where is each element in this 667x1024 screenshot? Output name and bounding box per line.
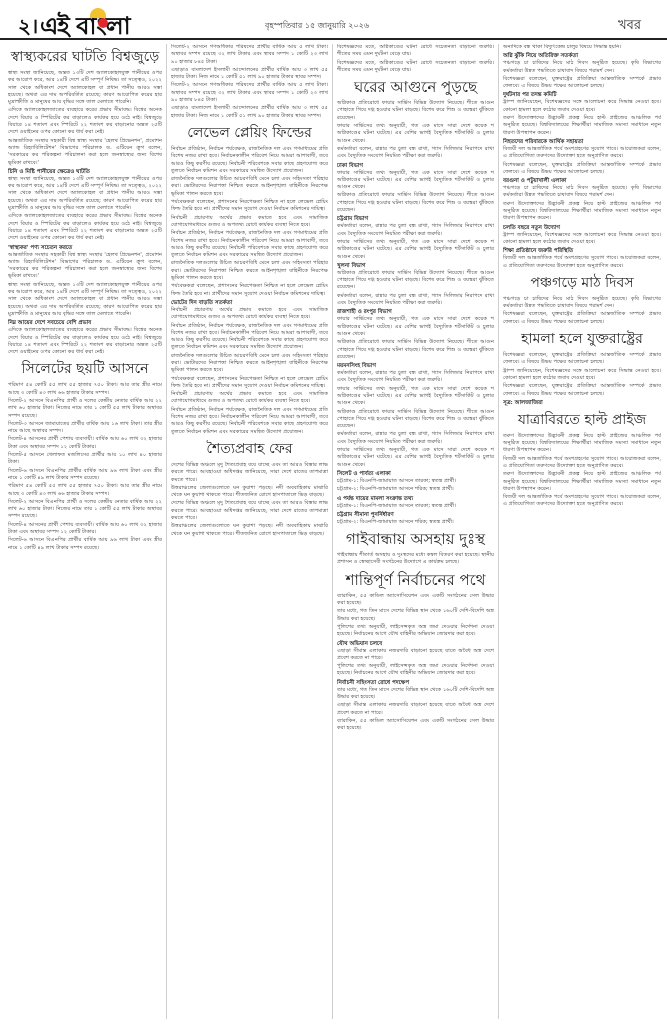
paragraph: নির্বাচনী প্রচারণায় অর্থের প্রভাব কমাতে…	[171, 215, 328, 230]
paragraph: বিশেষজ্ঞরা বলেছেন, যুক্তরাষ্ট্রের প্রতিক…	[503, 76, 661, 91]
headline: পঞ্চগড়ে মাঠ দিবস	[503, 274, 661, 292]
paragraph: কর্মকর্তারা বলেন, রান্নার পর চুলা বন্ধ র…	[337, 146, 494, 161]
paragraph: নির্বাচন প্রতিষ্ঠান, নির্বাচন পর্যবেক্ষক…	[171, 146, 328, 175]
subheading: খুলনা বিভাগ	[337, 263, 494, 270]
paragraph: দেশের বিভিন্ন অঞ্চলে মৃদু শৈত্যপ্রবাহ বয…	[171, 462, 328, 484]
paragraph: পরিমাণ ৫৪ কোটি ৫৫ লাখ ৫৫ হাজার ৭৫০ টাকা।…	[8, 483, 162, 498]
paragraph: ট্রাম্প জানিয়েছেন, বিশেষজ্ঞদের সঙ্গে আল…	[503, 232, 661, 247]
paragraph: তরুণ উদ্যোক্তাদের উদ্ভাবনী প্রকল্প নিয়ে…	[503, 433, 661, 455]
paragraph: ফায়ার সার্ভিসের তথ্য অনুযায়ী, গত এক মা…	[337, 170, 494, 192]
paragraph: অগ্নিকাণ্ড প্রতিরোধে ফায়ার সার্ভিস বিভি…	[337, 409, 494, 431]
paragraph: পঞ্চগড়ে চা চাষিদের নিয়ে মাঠ দিবস অনুষ্…	[503, 185, 661, 200]
subheading: সিলেট ও পার্বত্য এলাকা	[337, 471, 494, 478]
paragraph: স্বাস্থ্য সংস্থা জানিয়েছে, অন্তত ১৩টি দ…	[8, 176, 162, 212]
headline: সিলেটের ছয়টি আসনে	[8, 360, 162, 378]
paragraph: ফায়ার সার্ভিসের তথ্য অনুযায়ী, গত এক মা…	[337, 447, 494, 469]
paragraph: স্বাস্থ্য সংস্থা জানিয়েছে, অন্তত ১৩টি দ…	[8, 282, 162, 318]
subheading: যৌথ অভিযান চলবে	[337, 641, 494, 648]
paragraph: পর্যবেক্ষকরা বলেছেন, প্রশাসনের নিরপেক্ষত…	[171, 199, 328, 214]
subheading: চিনি ও মিষ্টি পানীয়ের ক্ষেত্রেও ঘাটতি	[8, 169, 162, 176]
newspaper-logo: এই বাংলা	[40, 8, 130, 48]
paragraph: এদিকে অ্যালকোহলজাতের ব্যবহারে করের প্রভা…	[8, 327, 162, 356]
article-house-fire: ঘরের আগুনে পুড়ছে অগ্নিকাণ্ড প্রতিরোধে ফ…	[337, 78, 494, 469]
article-cold-wave: শৈত্যপ্রবাহ ফের দেশের বিভিন্ন অঞ্চলে মৃদ…	[171, 440, 328, 538]
paragraph: গাইবান্ধায় শীতার্ত অসহায় ও দুঃস্থদের ম…	[337, 552, 494, 567]
paragraph: আন্তর্জাতিক সংস্থার সহকারী বিশ্ব স্বাস্থ…	[8, 252, 162, 281]
article-continuation: বিশেষজ্ঞদের মতে, অগ্নিকাণ্ডের ঘটনা রোধে …	[337, 44, 494, 74]
paragraph: ফায়ার সার্ভিসের তথ্য অনুযায়ী, গত এক মা…	[337, 239, 494, 261]
headline: শৈত্যপ্রবাহ ফের	[171, 440, 328, 458]
subheading: নির্বাচনী সহিংসতা রোধে পদক্ষেপ	[337, 680, 494, 687]
headline: লেভেল প্লেয়িং ফিল্ডের	[171, 124, 328, 142]
masthead: ২। এই বাংলা বৃহস্পতিবার ১৫ জানুয়ারি ২০২…	[0, 0, 667, 40]
paragraph: ব্যারাকিন, ৫৫ কাডিল অ্যাসোসিয়েশন এবং এক…	[337, 593, 494, 608]
paragraph: তরুণ উদ্যোক্তাদের উদ্ভাবনী প্রকল্প নিয়ে…	[503, 115, 661, 137]
column-divider	[166, 44, 167, 1019]
article-hult-prize: যাত্রাবিরতে হাল্ট প্রাইজ তরুণ উদ্যোক্তাদ…	[503, 411, 661, 509]
paragraph: রাজনৈতিক দলগুলোর উচিত আচরণবিধি মেনে চলা …	[171, 260, 328, 282]
paragraph: পর্যবেক্ষকরা বলেছেন, প্রশাসনের নিরপেক্ষত…	[171, 283, 328, 298]
paragraph: চট্টগ্রাম-২: বিএনপি-জামায়াত আসনে শরিক; …	[337, 519, 494, 526]
subheading: ভোটের দিন বাড়তি সতর্কতা	[171, 300, 328, 307]
subheading: নিহতদের পরিবারকে আর্থিক সহায়তা	[503, 139, 661, 146]
paragraph: ফায়ার সার্ভিসের তথ্য অনুযায়ী, গত এক মা…	[337, 316, 494, 338]
subheading: 'স্বাস্থ্যকর' পণ্য সচেতন করতে	[8, 245, 162, 252]
paragraph: কর্মকর্তারা বলেন, রান্নার পর চুলা বন্ধ র…	[337, 370, 494, 385]
article-health-tax: স্বাস্থ্যকরের ঘাটতি বিশ্বজুড়ে স্বাস্থ্য…	[8, 48, 162, 356]
subheading: চলতি বছরে নতুন উদ্যোগ	[503, 225, 661, 232]
paragraph: নির্বাচন প্রতিষ্ঠান, নির্বাচন পর্যবেক্ষক…	[171, 407, 328, 436]
paragraph: বিশেষজ্ঞরা বলেছেন, যুক্তরাষ্ট্রের প্রতিক…	[503, 352, 661, 367]
paragraph: চট্টগ্রাম-২: বিএনপি-জামায়াত আসনে শরিক; …	[337, 486, 494, 493]
paragraph: নির্বাচন প্রতিষ্ঠান, নির্বাচন পর্যবেক্ষক…	[171, 323, 328, 352]
column-divider	[498, 44, 499, 1019]
column-1: স্বাস্থ্যকরের ঘাটতি বিশ্বজুড়ে স্বাস্থ্য…	[8, 44, 162, 1019]
paragraph: অন্যদিকে বন্ধ থাকা বিদ্যুৎকেন্দ্র চালুর …	[503, 44, 661, 51]
paragraph: পুলিশের তথ্য অনুযায়ী, লাইসেন্সকৃত অস্ত্…	[337, 624, 494, 639]
paragraph: সিলেট-৪ আসনের প্রার্থী পেশায় ব্যবসায়ী।…	[8, 436, 162, 451]
headline: স্বাস্থ্যকরের ঘাটতি বিশ্বজুড়ে	[8, 48, 162, 66]
paragraph: পরিমাণ ৫৪ কোটি ৫৫ লাখ ৫৫ হাজার ৭৫০ টাকা।…	[8, 382, 162, 397]
paragraph: সিলেট-৬ আসনে বিএনপির প্রার্থীর বার্ষিক আ…	[8, 468, 162, 483]
paragraph: পুলিশের তথ্য অনুযায়ী, লাইসেন্সকৃত অস্ত্…	[337, 663, 494, 678]
paragraph: অগ্নিকাণ্ড প্রতিরোধে ফায়ার সার্ভিস বিভি…	[337, 339, 494, 361]
paragraph: রাজনৈতিক দলগুলোর উচিত আচরণবিধি মেনে চলা …	[171, 176, 328, 198]
paragraph: বিশেষজ্ঞরা বলেছেন, যুক্তরাষ্ট্রের প্রতিক…	[503, 311, 661, 326]
headline: গাইবান্ধায় অসহায় দুঃস্থ	[337, 530, 494, 548]
subheading: এ পর্যন্ত দায়ের মামলা সংক্রান্ত তথ্য	[337, 496, 494, 503]
paragraph: সিলেট-৪ আসনের প্রার্থী পেশায় ব্যবসায়ী।…	[8, 522, 162, 537]
paragraph: বিজয়ী দল আন্তর্জাতিক পর্বে অংশগ্রহণের স…	[503, 146, 661, 161]
article-us-attack: হামলা হলে যুক্তরাষ্ট্রের বিশেষজ্ঞরা বলেছ…	[503, 330, 661, 407]
paragraph: এছাড়া সীমান্ত এলাকায় নজরদারি বাড়ানো হ…	[337, 648, 494, 663]
headline: শান্তিপূর্ণ নির্বাচনের পথে	[337, 571, 494, 589]
paragraph: এছাড়া সীমান্ত এলাকায় নজরদারি বাড়ানো হ…	[337, 702, 494, 717]
paragraph: পর্যবেক্ষকরা বলেছেন, প্রশাসনের নিরপেক্ষত…	[171, 376, 328, 391]
paragraph: বিশেষজ্ঞদের মতে, অগ্নিকাণ্ডের ঘটনা রোধে …	[337, 44, 494, 59]
paragraph: ফায়ার সার্ভিসের তথ্য অনুযায়ী, গত এক মা…	[337, 386, 494, 408]
paragraph: এদিকে অ্যালকোহলজাতের ব্যবহারে করের প্রভা…	[8, 213, 162, 242]
paragraph: তার মধ্যে, গত তিন মাসে দেশের বিভিন্ন স্থ…	[337, 608, 494, 623]
paragraph: রাজনৈতিক দলগুলোর উচিত আচরণবিধি মেনে চলা …	[171, 353, 328, 375]
paragraph: সিলেট-৩ আসনে জামায়াতের প্রার্থীর বার্ষি…	[8, 421, 162, 436]
paragraph: বিশেষজ্ঞদের মতে, অগ্নিকাণ্ডের ঘটনা রোধে …	[337, 60, 494, 75]
paragraph: কর্মকর্তারা বলেন, রান্নার পর চুলা বন্ধ র…	[337, 293, 494, 308]
paragraph: সিলেট-২ আসনে গণঅধিকার পরিষদের প্রার্থীর …	[171, 44, 328, 66]
paragraph: চট্টগ্রাম-১: বিএনপি-জামায়াত আসনে তারকা;…	[337, 503, 494, 510]
paragraph: এছাড়াও বাংলাদেশ ইসলামী আন্দোলনের প্রার্…	[171, 105, 328, 120]
column-2: সিলেট-২ আসনে গণঅধিকার পরিষদের প্রার্থীর …	[171, 44, 328, 1019]
dateline: বৃহস্পতিবার ১৫ জানুয়ারি ২০২৬	[265, 20, 369, 33]
paragraph: আন্তর্জাতিক সংস্থার সহকারী বিশ্ব স্বাস্থ…	[8, 138, 162, 167]
paragraph: নির্বাচনী প্রচারণায় অর্থের প্রভাব কমাতে…	[171, 307, 328, 322]
paragraph: ট্রাম্প জানিয়েছেন, বিশেষজ্ঞদের সঙ্গে আল…	[503, 368, 661, 383]
paragraph: ব্যারাকিন, ৫৫ কাডিল অ্যাসোসিয়েশন এবং এক…	[337, 718, 494, 733]
paragraph: কর্মকর্তারা বলেন, রান্নার পর চুলা বন্ধ র…	[337, 223, 494, 238]
paragraph: বিশেষজ্ঞরা বলেছেন, যুক্তরাষ্ট্রের প্রতিক…	[503, 383, 661, 398]
paragraph: পঞ্চগড়ে চা চাষিদের নিয়ে মাঠ দিবস অনুষ্…	[503, 296, 661, 311]
column-4: অন্যদিকে বন্ধ থাকা বিদ্যুৎকেন্দ্র চালুর …	[503, 44, 661, 1019]
column-divider	[332, 44, 333, 1019]
paragraph: ট্রাম্প জানিয়েছেন, বিশেষজ্ঞদের সঙ্গে আল…	[503, 99, 661, 114]
paragraph: সিলেট-২ আসনে বিএনপির প্রার্থী ও দলের কেন…	[8, 499, 162, 521]
logo-sun-icon	[90, 8, 106, 18]
paragraph: সিলেট-২ আসনে বিএনপির প্রার্থী ও দলের কেন…	[8, 398, 162, 420]
article-level-playing-field: লেভেল প্লেয়িং ফিল্ডের নির্বাচন প্রতিষ্ঠ…	[171, 124, 328, 436]
paragraph: উত্তরাঞ্চলের জেলাগুলোতে ঘন কুয়াশা পড়ছে…	[171, 523, 328, 538]
paragraph: সিলেট-৬ আসনে বিএনপির প্রার্থীর বার্ষিক আ…	[8, 537, 162, 552]
subheading: চট্টগ্রাম সীমানা পুনর্নির্ধারণ	[337, 512, 494, 519]
paragraph: বিজয়ী দল আন্তর্জাতিক পর্বে অংশগ্রহণের স…	[503, 494, 661, 509]
paragraph: তরুণ উদ্যোক্তাদের উদ্ভাবনী প্রকল্প নিয়ে…	[503, 201, 661, 223]
paragraph: অগ্নিকাণ্ড প্রতিরোধে ফায়ার সার্ভিস বিভি…	[337, 100, 494, 122]
paragraph: এছাড়াও বাংলাদেশ ইসলামী আন্দোলনের প্রার্…	[171, 67, 328, 82]
subheading: ঢাকা বিভাগ	[337, 163, 494, 170]
page-number: ২।	[18, 12, 38, 45]
paragraph: সিলেট-২ আসনে গণঅধিকার পরিষদের প্রার্থীর …	[171, 82, 328, 104]
paragraph: চট্টগ্রাম-১: বিএনপি-জামায়াত আসনে তারকা;…	[337, 478, 494, 485]
headline: যাত্রাবিরতে হাল্ট প্রাইজ	[503, 411, 661, 429]
source-credit: সূত্র: আলজাজিরা	[503, 400, 661, 407]
paragraph: উত্তরাঞ্চলের জেলাগুলোতে ঘন কুয়াশা পড়ছে…	[171, 485, 328, 500]
paragraph: ফায়ার সার্ভিসের তথ্য অনুযায়ী, গত এক মা…	[337, 123, 494, 145]
article-group-elections: সিলেট ও পার্বত্য এলাকাচট্টগ্রাম-১: বিএনপ…	[337, 471, 494, 733]
article-continuation: সিলেট-২ আসনে গণঅধিকার পরিষদের প্রার্থীর …	[171, 44, 328, 120]
headline: হামলা হলে যুক্তরাষ্ট্রের	[503, 330, 661, 348]
paragraph: বিজয়ী দল আন্তর্জাতিক পর্বে অংশগ্রহণের স…	[503, 255, 661, 270]
logo-dot-icon	[98, 18, 108, 28]
paragraph: নির্বাচনী প্রচারণায় অর্থের প্রভাব কমাতে…	[171, 391, 328, 406]
paragraph: নির্বাচন প্রতিষ্ঠান, নির্বাচন পর্যবেক্ষক…	[171, 230, 328, 259]
paragraph: অগ্নিকাণ্ড প্রতিরোধে ফায়ার সার্ভিস বিভি…	[337, 270, 494, 292]
article-sylhet: সিলেটের ছয়টি আসনে পরিমাণ ৫৪ কোটি ৫৫ লাখ…	[8, 360, 162, 552]
paragraph: এদিকে অ্যালকোহলজাতের ব্যবহারে করের প্রভা…	[8, 107, 162, 136]
paragraph: বিজয়ী দল আন্তর্জাতিক পর্বে অংশগ্রহণের স…	[503, 456, 661, 471]
article-panchagarh: পঞ্চগড়ে মাঠ দিবস পঞ্চগড়ে চা চাষিদের নি…	[503, 274, 661, 326]
article-continuation: অন্যদিকে বন্ধ থাকা বিদ্যুৎকেন্দ্র চালুর …	[503, 44, 661, 270]
paragraph: কর্মকর্তারা বলেন, রান্নার পর চুলা বন্ধ র…	[337, 431, 494, 446]
paragraph: স্বাস্থ্য সংস্থা জানিয়েছে, অন্তত ১৩টি দ…	[8, 70, 162, 106]
headline: ঘরের আগুনে পুড়ছে	[337, 78, 494, 96]
paragraph: তার মধ্যে, গত তিন মাসে দেশের বিভিন্ন স্থ…	[337, 687, 494, 702]
paragraph: দেশের বিভিন্ন অঞ্চলে মৃদু শৈত্যপ্রবাহ বয…	[171, 500, 328, 522]
paragraph: বিশেষজ্ঞরা বলেছেন, যুক্তরাষ্ট্রের প্রতিক…	[503, 162, 661, 177]
paragraph: পঞ্চগড়ে চা চাষিদের নিয়ে মাঠ দিবস অনুষ্…	[503, 60, 661, 75]
section-title: খবর	[618, 16, 641, 37]
paragraph: তরুণ উদ্যোক্তাদের উদ্ভাবনী প্রকল্প নিয়ে…	[503, 471, 661, 493]
paragraph: অগ্নিকাণ্ড প্রতিরোধে ফায়ার সার্ভিস বিভি…	[337, 192, 494, 214]
paragraph: সিলেট-৫ আসনে খেলাফত মজলিসের প্রার্থীর আয…	[8, 452, 162, 467]
column-3: বিশেষজ্ঞদের মতে, অগ্নিকাণ্ডের ঘটনা রোধে …	[337, 44, 494, 1019]
